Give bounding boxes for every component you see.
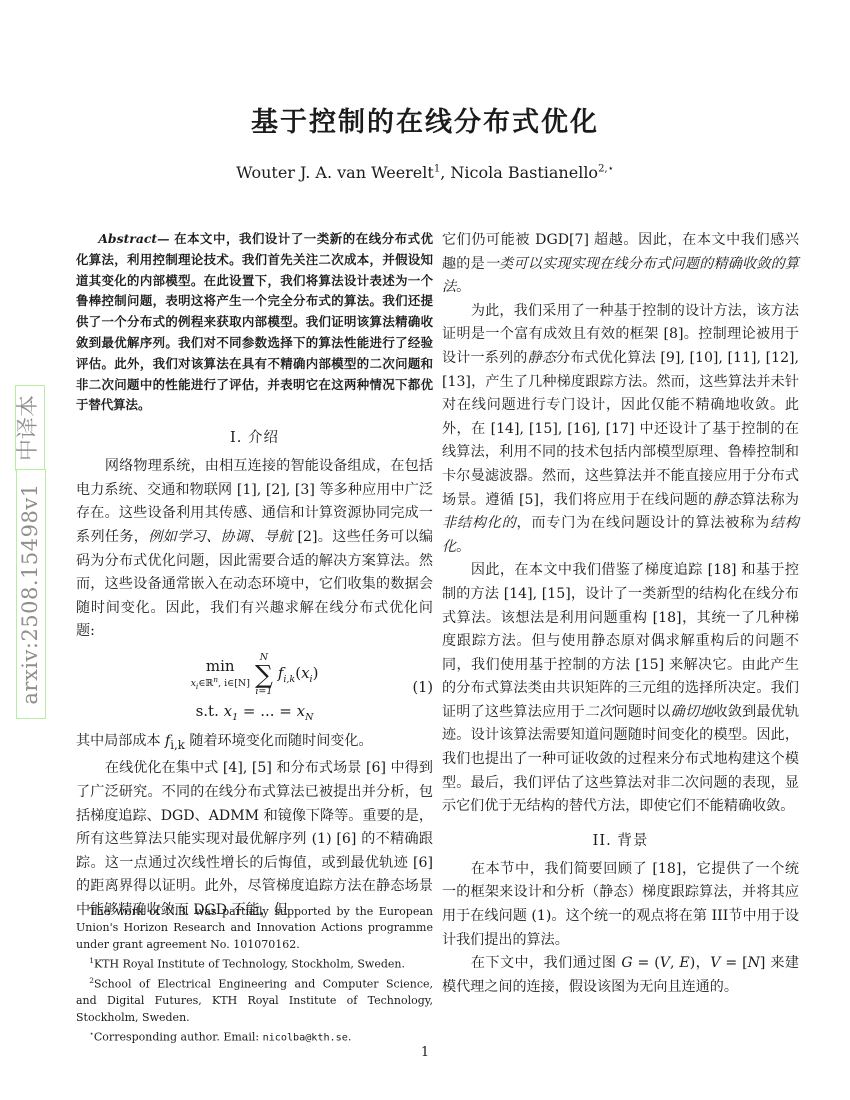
authors-line: Wouter J. A. van Weerelt1, Nicola Bastia… (0, 163, 850, 182)
constraint-line: s.t. x1 = ... = xN (196, 702, 314, 723)
watermark-translation-label: 中译本 (15, 385, 45, 471)
paragraph-background-1: 在本节中，我们简要回顾了 [18]，它提供了一个统一的框架来设计和分析（静态）梯… (442, 858, 799, 952)
footnote-affiliation-2: 2School of Electrical Engineering and Co… (76, 973, 433, 1026)
footnote-funding: The work of N.B. was partially supported… (76, 904, 433, 953)
abstract-text: 在本文中，我们设计了一类新的在线分布式优化算法，利用控制理论技术。我们首先关注二… (76, 231, 433, 412)
paragraph-background-2: 在下文中，我们通过图 G = (V, E)，V = [N] 来建模代理之间的连接… (442, 952, 799, 999)
equation-number: (1) (412, 680, 433, 696)
abstract-label: Abstract— (98, 231, 169, 246)
footnotes: The work of N.B. was partially supported… (76, 904, 433, 1047)
abstract: Abstract—在本文中，我们设计了一类新的在线分布式优化算法，利用控制理论技… (76, 229, 433, 416)
equation-body: min xi∈ℝn, i∈[N] N ∑ i=1 fi,k(xi) s.t. x… (191, 653, 319, 723)
paragraph-right-3: 因此，在本文中我们借鉴了梯度追踪 [18] 和基于控制的方法 [14], [15… (442, 559, 799, 819)
footnote-affiliation-1: 1KTH Royal Institute of Technology, Stoc… (76, 953, 433, 973)
section-heading-introduction: I. 介绍 (76, 426, 433, 447)
paragraph-equation-note: 其中局部成本 fi,k 随着环境变化而随时间变化。 (76, 730, 433, 757)
paragraph-intro-1: 网络物理系统，由相互连接的智能设备组成，在包括电力系统、交通和物联网 [1], … (76, 455, 433, 644)
paper-page: 中译本 arxiv:2508.15498v1 基于控制的在线分布式优化 Wout… (0, 0, 850, 1100)
objective-term: fi,k(xi) (278, 664, 319, 685)
summation-symbol: N ∑ i=1 (255, 653, 273, 697)
min-subscript: xi∈ℝn, i∈[N] (191, 676, 250, 691)
right-column: 它们仍可能被 DGD[7] 超越。因此，在本文中我们感兴趣的是一类可以实现实现在… (442, 229, 799, 999)
section-heading-background: II. 背景 (442, 829, 799, 850)
watermark-arxiv-id: arxiv:2508.15498v1 (16, 469, 46, 719)
paragraph-right-2: 为此，我们采用了一种基于控制的设计方法，该方法证明是一个富有成效且有效的框架 [… (442, 300, 799, 560)
paragraph-right-1: 它们仍可能被 DGD[7] 超越。因此，在本文中我们感兴趣的是一类可以实现实现在… (442, 229, 799, 300)
paragraph-intro-2: 在线优化在集中式 [4], [5] 和分布式场景 [6] 中得到了广泛研究。不同… (76, 757, 433, 922)
page-number: 1 (0, 1045, 850, 1060)
left-column: Abstract—在本文中，我们设计了一类新的在线分布式优化算法，利用控制理论技… (76, 229, 433, 922)
min-operator: min xi∈ℝn, i∈[N] (191, 659, 250, 691)
paper-title: 基于控制的在线分布式优化 (0, 100, 850, 139)
equation-1: min xi∈ℝn, i∈[N] N ∑ i=1 fi,k(xi) s.t. x… (76, 653, 433, 723)
